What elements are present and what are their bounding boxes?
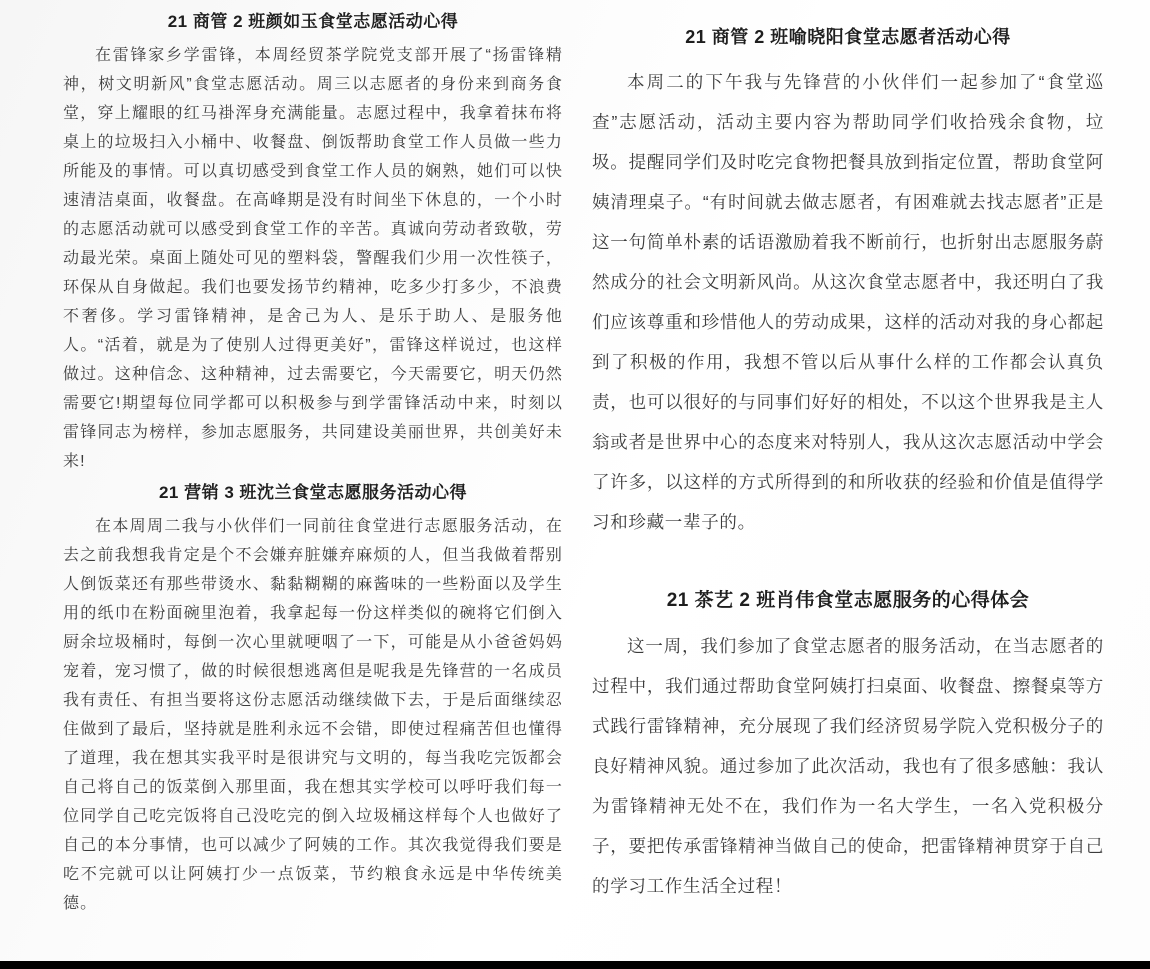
left-column: 21 商管 2 班颜如玉食堂志愿活动心得 在雷锋家乡学雷锋，本周经贸茶学院党支部… bbox=[63, 10, 563, 918]
essay-title: 21 商管 2 班喻晓阳食堂志愿者活动心得 bbox=[592, 24, 1104, 50]
essay-xiaowei: 21 茶艺 2 班肖伟食堂志愿服务的心得体会 这一周，我们参加了食堂志愿者的服务… bbox=[592, 588, 1104, 906]
essay-body: 在雷锋家乡学雷锋，本周经贸茶学院党支部开展了“扬雷锋精神，树文明新风”食堂志愿活… bbox=[63, 41, 563, 476]
essay-body: 在本周周二我与小伙伴们一同前往食堂进行志愿服务活动，在去之前我想我肯定是个不会嫌… bbox=[63, 512, 563, 918]
bottom-border-bar bbox=[0, 961, 1150, 969]
document-page: 21 商管 2 班颜如玉食堂志愿活动心得 在雷锋家乡学雷锋，本周经贸茶学院党支部… bbox=[0, 0, 1150, 969]
right-column: 21 商管 2 班喻晓阳食堂志愿者活动心得 本周二的下午我与先锋营的小伙伴们一起… bbox=[592, 24, 1104, 906]
essay-body: 这一周，我们参加了食堂志愿者的服务活动，在当志愿者的过程中，我们通过帮助食堂阿姨… bbox=[592, 626, 1104, 906]
essay-yuxiaoyang: 21 商管 2 班喻晓阳食堂志愿者活动心得 本周二的下午我与先锋营的小伙伴们一起… bbox=[592, 24, 1104, 542]
essay-shenlan: 21 营销 3 班沈兰食堂志愿服务活动心得 在本周周二我与小伙伴们一同前往食堂进… bbox=[63, 481, 563, 918]
essay-title: 21 营销 3 班沈兰食堂志愿服务活动心得 bbox=[63, 481, 563, 505]
essay-body: 本周二的下午我与先锋营的小伙伴们一起参加了“食堂巡查”志愿活动，活动主要内容为帮… bbox=[592, 62, 1104, 542]
essay-yanruyu: 21 商管 2 班颜如玉食堂志愿活动心得 在雷锋家乡学雷锋，本周经贸茶学院党支部… bbox=[63, 10, 563, 476]
essay-title: 21 茶艺 2 班肖伟食堂志愿服务的心得体会 bbox=[592, 588, 1104, 614]
essay-title: 21 商管 2 班颜如玉食堂志愿活动心得 bbox=[63, 10, 563, 34]
